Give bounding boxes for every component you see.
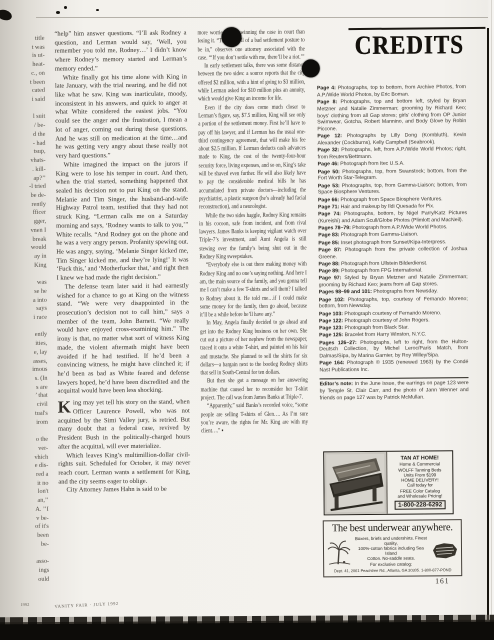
- margin-fragment: be de-: [0, 192, 46, 201]
- credits-page-label: Page 125:: [319, 332, 343, 338]
- margin-fragment: ap?’’: [0, 174, 46, 183]
- credits-page-label: Page 46:: [318, 161, 339, 167]
- credits-entry: Page 164: Photograph © 1935 (renewed 196…: [319, 359, 468, 374]
- article-paragraph: “help” him answer questions. “I’ll ask R…: [54, 30, 186, 75]
- underwear-ad: The best underwear anywhere. Boxers, bri…: [323, 519, 462, 577]
- credits-page-label: Page 32:: [317, 147, 339, 153]
- margin-fragment: cated: [0, 87, 45, 96]
- credits-title: CREDITS: [354, 30, 464, 61]
- credits-entry-text: Photographs, left, from A.P./Wide World …: [318, 146, 467, 160]
- tanning-ad-phone: 1-800-228-6292: [395, 500, 445, 509]
- margin-fragment: says: [0, 305, 47, 314]
- credits-entry-text: Photographs from Newsday.: [373, 289, 438, 296]
- underwear-ad-address: Dept. 41, 2061 Peachtree Rd., Atlanta, G…: [327, 568, 458, 574]
- credits-entry: Page 8: Photographs, top and bottom left…: [317, 98, 466, 133]
- margin-fragment: is ut-: [0, 52, 45, 61]
- credits-entry: Pages 78–79: Photograph from A.P./Wide W…: [318, 224, 467, 232]
- credits-entry: Page 74: Photographs, bottom, by Nigel P…: [318, 210, 467, 225]
- credits-entry-text: Photograph from Space Biosphere Ventures…: [341, 196, 443, 203]
- credits-page-label: Page 87:: [318, 247, 341, 253]
- credits-entry-text: Photograph from Gamma-Liaison.: [341, 232, 418, 239]
- margin-fragment: vnen I: [0, 227, 46, 236]
- margin-fragment: t been: [0, 78, 45, 87]
- margin-fragment: title: [0, 35, 45, 44]
- margin-fragment: fficer: [0, 209, 46, 218]
- article-paragraph: The defense team later said it had earne…: [57, 282, 190, 396]
- margin-fragment: ently: [0, 331, 47, 340]
- article-paragraph: White imagined the impact on the jurors …: [56, 160, 189, 283]
- tanning-ad-line: and Wholesale Pricing!: [398, 493, 443, 499]
- margin-fragment: [2, 549, 49, 558]
- article-column-2: more worried about winning the case in c…: [197, 28, 308, 435]
- company-logo-icon: [431, 542, 458, 559]
- credits-page-label: Pages 78–79:: [318, 225, 351, 231]
- credits-entry: Page 102: Photographs, top, courtesy of …: [319, 296, 468, 311]
- margin-fragment: ings: [2, 567, 49, 576]
- credits-column: Page 4: Photographs, top to bottom, from…: [317, 84, 469, 402]
- margin-fragment: [0, 105, 45, 114]
- article-paragraph: City Attorney James Hahn is said to be: [58, 486, 190, 496]
- underwear-ad-line: 100%-cotton fabrics including Sea Island: [352, 545, 430, 556]
- credits-page-label: Page 122:: [319, 318, 343, 324]
- magazine-footer: VANITY FAIR · JULY 1992: [54, 601, 119, 609]
- article-paragraph: “Apparently,” said Banks’s recorded voic…: [201, 402, 308, 436]
- underwear-ad-body: Boxers, briefs and undershirts. Finest q…: [327, 535, 458, 567]
- article-paragraph: White finally got his time alone with Ki…: [55, 73, 188, 161]
- margin-fragment: s. (In: [0, 375, 47, 384]
- credits-page-label: Pages 98–99 and 101:: [319, 289, 372, 295]
- margin-fragment: i said: [0, 96, 45, 105]
- credits-entry: Page 53: Photographs, top, from Gamma-Li…: [318, 182, 467, 197]
- credits-page-label: Page 97:: [319, 275, 342, 281]
- margin-fragment: King: [0, 261, 47, 270]
- article-paragraph: In early settlement talks, there was som…: [198, 62, 306, 104]
- margin-fragment: civil: [1, 401, 48, 410]
- credits-page-label: Page 71:: [318, 204, 339, 210]
- credits-entry: Page 32: Photographs, left, from A.P./Wi…: [317, 146, 466, 161]
- margin-fragment: an,’’: [2, 497, 49, 506]
- credits-page-label: Page 89:: [319, 268, 340, 274]
- margin-fragment: red a: [1, 471, 48, 480]
- margin-fragment: it no: [1, 479, 48, 488]
- tanning-ad: TAN AT HOME! Home & CommercialWOLFF Tann…: [323, 450, 454, 515]
- credits-entry-text: Hair and makeup by Ildi Quesada for Pix.: [341, 203, 435, 210]
- credits-page-label: Page 50:: [318, 169, 340, 175]
- tanning-bed-image: [324, 452, 388, 515]
- credits-page-label: Page 85:: [318, 240, 339, 246]
- credits-entry-text: Photographs, bottom, by Nigel Parry/Katz…: [318, 210, 467, 224]
- underwear-ad-headline: The best underwear anywhere.: [327, 522, 458, 534]
- margin-fragment: l suit: [0, 113, 45, 122]
- article-paragraph: But then she got a message on her answer…: [201, 377, 308, 403]
- credits-page-label: Page 83:: [318, 232, 339, 238]
- margin-fragment: of it's: [2, 523, 49, 532]
- margin-fragment: would: [0, 244, 46, 253]
- article-paragraph: “Everybody else is out there making mone…: [199, 261, 307, 320]
- margin-fragment: [0, 322, 47, 331]
- credits-page-label: Page 88:: [318, 261, 339, 267]
- margin-fragment: been: [2, 532, 49, 541]
- margin-fragment: / be-: [0, 122, 45, 131]
- margin-fragment: t was: [0, 43, 45, 52]
- margin-fragment: ’ that: [1, 392, 48, 401]
- credits-entry-text: Photograph from Black Star.: [345, 325, 409, 332]
- tanning-ad-line: Home & Commercial: [397, 462, 442, 468]
- credits-entry-text: Styled by Bryan Metzner and Natalie Zimm…: [319, 274, 468, 288]
- credits-page-label: Page 103:: [319, 311, 343, 317]
- tanning-ad-lines: Home & CommercialWOLFF Tanning BedsUnits…: [397, 462, 442, 499]
- credits-entry-text: Photographs, top, from Gamma-Liaison; bo…: [318, 182, 467, 196]
- margin-fragment: asses,: [0, 357, 47, 366]
- credits-entry-text: Photograph from Itec U.S.A.: [340, 161, 404, 168]
- facing-page-year-fragment: 1992: [20, 602, 29, 607]
- page-number: 161: [435, 576, 449, 585]
- ink-blot: [221, 27, 241, 47]
- credits-entry-text: Photograph from A.P./Wide World Photos.: [352, 224, 447, 231]
- editors-note-label: Editor’s note:: [320, 381, 353, 387]
- credits-entry-text: Photograph from FPG International.: [341, 267, 422, 274]
- margin-fragment: heat-: [0, 61, 45, 70]
- credits-page-label: Page 66:: [318, 197, 339, 203]
- editors-note: Editor’s note: In the June issue, the ea…: [320, 377, 469, 402]
- credits-entry-text: Photographs, top and bottom left, styled…: [317, 98, 466, 132]
- margin-fragment: a into: [0, 296, 47, 305]
- margin-fragment: s are: [1, 383, 48, 392]
- article-column-1: “help” him answer questions. “I’ll ask R…: [54, 30, 190, 496]
- credits-entries: Page 4: Photographs, top to bottom, from…: [317, 84, 469, 374]
- margin-fragment: [0, 270, 47, 279]
- margin-fragment: irom: [1, 418, 48, 427]
- credits-page-label: Page 74:: [318, 211, 341, 217]
- palm-tree-icon: [327, 538, 351, 565]
- credits-entry: Page 50: Photographs, top, from Swanstoc…: [318, 168, 467, 183]
- credits-entry-text: Inset photograph from Sunset/Kipa-Interp…: [341, 239, 447, 246]
- credits-entry-text: Bracelet from Harry Winston, N.Y.C.: [345, 332, 427, 339]
- scan-edge-highlight: [491, 0, 492, 640]
- credits-entry-text: Photograph courtesy of Fernando Moreno.: [344, 310, 441, 317]
- underwear-ad-line: For exclusive catalog:: [352, 561, 430, 567]
- article-paragraph: more worried about winning the case in c…: [197, 28, 304, 62]
- credits-entry: Page 12: Photographs by Lilly Dong (Korn…: [317, 132, 466, 147]
- article-paragraph: Which leaves King’s multimillion-dollar …: [58, 451, 190, 487]
- margin-fragment: i race: [0, 314, 47, 323]
- credits-entry-text: Photograph from Ullstein Bilderdienst.: [341, 260, 427, 267]
- credits-entry-text: Photograph courtesy of John Rogers.: [344, 317, 429, 324]
- credits-entry: Page 97: Styled by Bryan Metzner and Nat…: [319, 274, 468, 289]
- margin-fragment: rently: [0, 200, 46, 209]
- magazine-page-scan: titlet wasis ut-heat-c., ont beencatedi …: [0, 0, 494, 640]
- margin-fragment: [1, 427, 48, 436]
- credits-page-label: Page 4:: [317, 85, 336, 91]
- margin-fragment: ver-: [1, 445, 48, 454]
- tanning-ad-text: TAN AT HOME! Home & CommercialWOLFF Tann…: [387, 451, 453, 514]
- margin-fragment: ay in: [0, 253, 46, 262]
- article-paragraph: Even if the city does come much closer t…: [198, 103, 306, 212]
- credits-entry-text: Photograph from the private collection o…: [318, 246, 467, 260]
- margin-fragment: . kill-: [0, 166, 46, 175]
- margin-fragment: o the: [1, 436, 48, 445]
- margin-fragment: asso-: [2, 558, 49, 567]
- credits-entry: Pages 126–27: Photographs, left to right…: [319, 339, 468, 361]
- margin-fragment: se he: [0, 288, 47, 297]
- margin-fragment: be-: [2, 540, 49, 549]
- bottom-scan-band: [0, 620, 494, 640]
- margin-fragment: gger,: [0, 218, 46, 227]
- credits-entry-text: Photographs, top, from Swanstock; bottom…: [318, 168, 467, 182]
- margin-fragment: d the: [0, 131, 45, 140]
- credits-entry-text: Photographs, top to bottom, from Archive…: [317, 84, 466, 98]
- article-paragraph: While the two sides haggle, Rodney King …: [199, 211, 307, 262]
- margin-fragment: break: [0, 235, 46, 244]
- margin-fragment: was: [0, 279, 47, 288]
- credits-page-label: Page 12:: [317, 133, 342, 139]
- margin-fragment: lon't: [1, 488, 48, 497]
- margin-fragment: ities,: [0, 340, 47, 349]
- margin-fragment: A. ’’I: [2, 506, 49, 515]
- credits-page-label: Pages 126–27:: [319, 340, 357, 346]
- underwear-ad-line: Boxers, briefs and undershirts. Finest q…: [352, 535, 430, 546]
- margin-fragment: tsup,: [0, 148, 46, 157]
- margin-fragment: tual's: [1, 410, 48, 419]
- credits-page-label: Page 8:: [317, 99, 337, 105]
- margin-fragment: vhich: [1, 453, 48, 462]
- margin-fragment: v be-: [2, 514, 49, 523]
- margin-fragment: ould: [2, 575, 49, 584]
- credits-entry: Page 87: Photograph from the private col…: [318, 246, 467, 261]
- margin-fragment: e dis-: [1, 462, 48, 471]
- margin-fragment: - had: [0, 139, 45, 148]
- fold-margin-fragments: titlet wasis ut-heat-c., ont beencatedi …: [0, 35, 49, 585]
- underwear-ad-smallprint: Boxers, briefs and undershirts. Finest q…: [351, 535, 431, 567]
- article-paragraph: In May, Angela finally decided to go ahe…: [200, 319, 308, 378]
- credits-page-label: Page 53:: [318, 183, 340, 189]
- credits-page-label: Page 164:: [319, 360, 344, 366]
- article-paragraph: King may yet tell his story on the stand…: [58, 399, 190, 452]
- credits-entry: Page 4: Photographs, top to bottom, from…: [317, 84, 466, 99]
- right-page-edge-rule: [487, 28, 489, 620]
- margin-fragment: e, lay: [0, 349, 47, 358]
- credits-page-label: Page 102:: [319, 297, 345, 303]
- page-content: titlet wasis ut-heat-c., ont beencatedi …: [0, 0, 494, 640]
- margin-fragment: -l tried: [0, 183, 46, 192]
- margin-fragment: imous: [0, 366, 47, 375]
- margin-fragment: c., on: [0, 70, 45, 79]
- credits-page-label: Page 123:: [319, 325, 343, 331]
- ink-blot: [302, 59, 320, 77]
- margin-fragment: vhats-: [0, 157, 46, 166]
